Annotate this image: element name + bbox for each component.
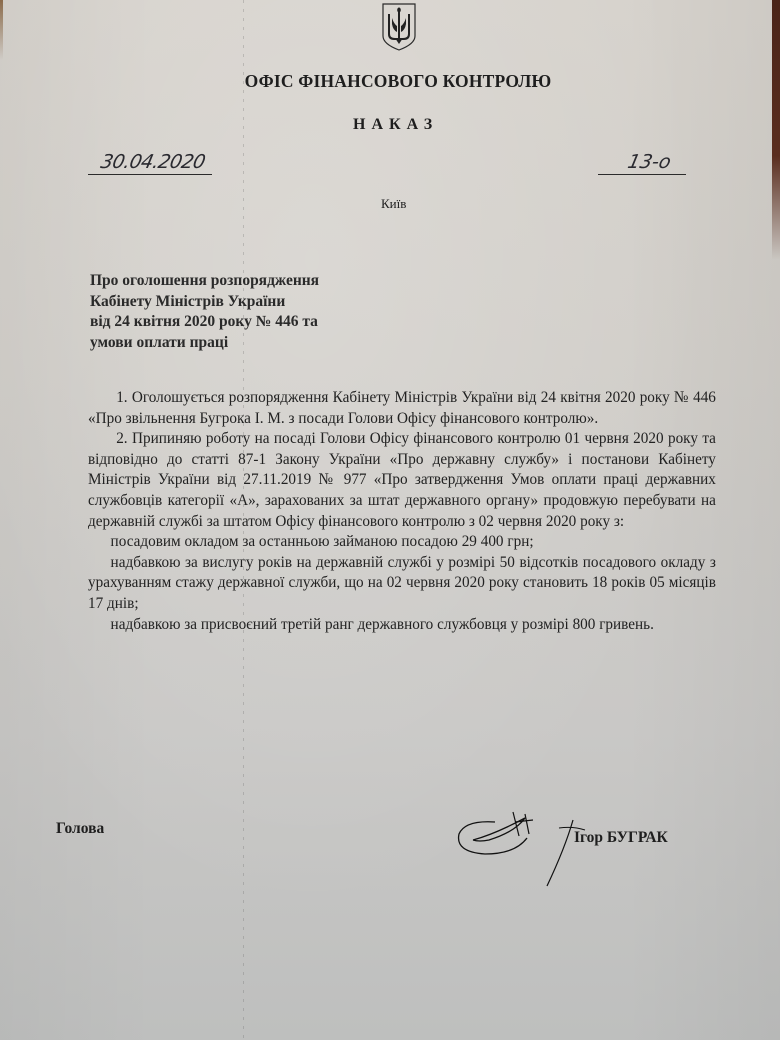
handwritten-signature	[455, 808, 595, 908]
seniority-bonus-clause: надбавкою за вислугу років на державній …	[88, 552, 716, 614]
date-underline	[88, 174, 212, 175]
rank-bonus-clause: надбавкою за присвоєний третій ранг держ…	[88, 614, 716, 635]
order-body: 1. Оголошується розпорядження Кабінету М…	[88, 387, 716, 634]
paragraph-2: 2. Припиняю роботу на посаді Голови Офіс…	[88, 428, 716, 531]
paragraph-1: 1. Оголошується розпорядження Кабінету М…	[88, 387, 716, 428]
desk-edge	[772, 0, 780, 260]
subject-line: від 24 квітня 2020 року № 446 та	[90, 312, 319, 333]
city: Київ	[381, 196, 406, 212]
order-subject: Про оголошення розпорядження Кабінету Мі…	[90, 271, 319, 353]
order-number: 13-о	[626, 151, 673, 173]
document-type: НАКАЗ	[353, 116, 438, 134]
number-underline	[598, 174, 686, 175]
subject-line: Про оголошення розпорядження	[90, 271, 319, 292]
signer-title: Голова	[56, 820, 104, 838]
order-date: 30.04.2020	[99, 151, 207, 173]
organization-title: ОФІС ФІНАНСОВОГО КОНТРОЛЮ	[0, 71, 780, 92]
desk-edge-left	[0, 0, 3, 60]
ukraine-coat-of-arms-icon	[380, 2, 418, 52]
salary-clause: посадовим окладом за останньою займаною …	[88, 531, 716, 552]
subject-line: Кабінету Міністрів України	[90, 292, 319, 313]
signer-name: Ігор БУГРАК	[574, 829, 668, 847]
subject-line: умови оплати праці	[90, 333, 319, 354]
